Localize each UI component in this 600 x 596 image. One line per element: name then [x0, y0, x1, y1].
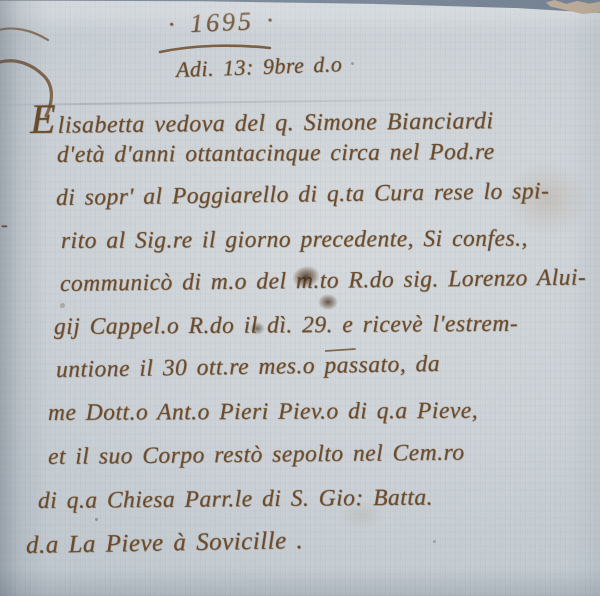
ink-blot — [250, 322, 265, 335]
manuscript-line: me Dott.o Ant.o Pieri Piev.o di q.a Piev… — [48, 398, 478, 427]
manuscript-photo: · 1695 · Adi. 13: 9bre d.o - Elisabetta … — [0, 0, 600, 596]
heading-year: · 1695 · — [167, 5, 276, 40]
manuscript-line: di q.a Chiesa Parr.le di S. Gio: Batta. — [38, 485, 433, 515]
manuscript-line: d.a La Pieve à Sovicille . — [26, 527, 304, 561]
manuscript-line: Elisabetta vedova del q. Simone Bianciar… — [30, 91, 494, 144]
manuscript-line: rito al Sig.re il giorno precedente, Si … — [61, 226, 528, 255]
manuscript-line: di sopr' al Poggiarello di q.ta Cura res… — [56, 178, 550, 212]
manuscript-line: communicò di m.o del m.to R.do sig. Lore… — [60, 265, 587, 298]
manuscript-line: et il suo Corpo restò sepolto nel Cem.ro — [48, 440, 465, 471]
manuscript-line: untione il 30 ott.re mes.o passato, da — [56, 351, 440, 384]
heading-date: Adi. 13: 9bre d.o — [176, 51, 343, 82]
margin-mark: - — [1, 214, 8, 237]
ink-blot — [318, 294, 338, 310]
manuscript-line: d'età d'anni ottantacinque circa nel Pod… — [57, 139, 495, 169]
manuscript-line: gij Cappel.o R.do il dì. 29. e ricevè l'… — [54, 311, 518, 341]
ink-specks — [95, 518, 98, 521]
ink-layer: · 1695 · Adi. 13: 9bre d.o - Elisabetta … — [0, 0, 600, 596]
